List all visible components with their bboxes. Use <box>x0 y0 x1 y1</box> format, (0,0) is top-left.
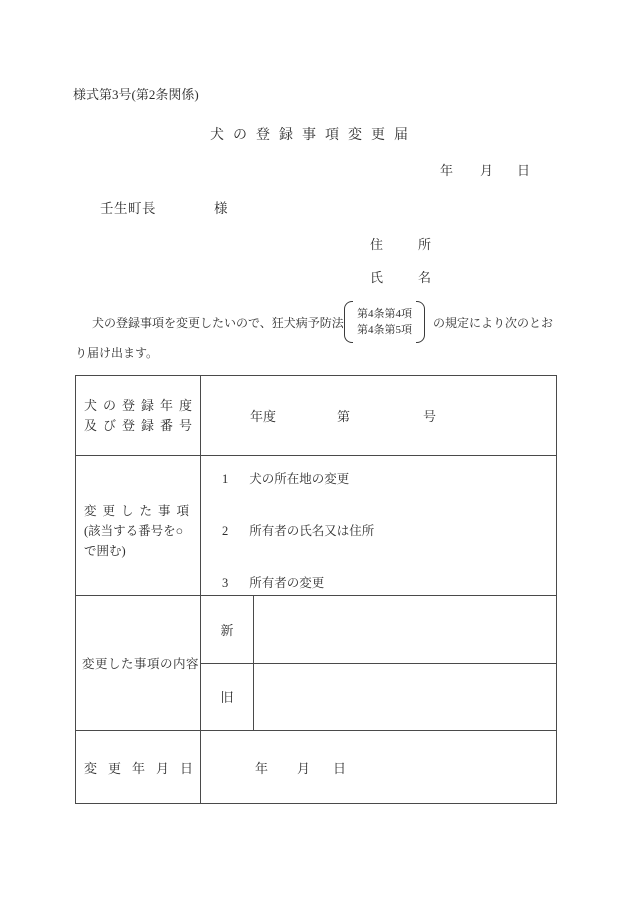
month-label: 月 <box>480 163 493 178</box>
item-number: 3 <box>222 576 228 590</box>
bracket-close-icon <box>416 301 425 343</box>
old-label-cell: 旧 <box>201 664 254 731</box>
item-text: 所有者の変更 <box>249 576 324 590</box>
form-number: 様式第3号(第2条関係) <box>73 84 199 103</box>
change-details-label-cell: 変更した事項の内容 <box>76 596 201 730</box>
paragraph-line1: 犬の登録事項を変更したいので、狂犬病予防法 <box>92 315 344 331</box>
item-text: 所有者の氏名又は住所 <box>249 524 374 538</box>
change-details-label: 変更した事項の内容 <box>82 654 199 672</box>
name-label: 氏名 <box>370 267 466 286</box>
number-prefix-label: 第 <box>337 406 350 425</box>
item-number: 1 <box>222 472 228 486</box>
number-suffix-label: 号 <box>423 406 436 425</box>
old-value-row: 旧 <box>201 664 556 731</box>
changed-items-label-line2: (該当する番号を○ <box>84 521 200 541</box>
new-label-cell: 新 <box>201 596 254 663</box>
document-page: 様式第3号(第2条関係) 犬の登録事項変更届 年月日 壬生町長様 住所 氏名 犬… <box>0 0 630 915</box>
addressee-name: 壬生町長 <box>100 201 156 216</box>
changed-items-label-cell: 変更した事項 (該当する番号を○ で囲む) <box>76 456 201 595</box>
changed-items-value-cell: 1犬の所在地の変更 2所有者の氏名又は住所 3所有者の変更 <box>201 456 556 595</box>
item-text: 犬の所在地の変更 <box>249 472 349 486</box>
registration-label-line1: 犬の登録年度 <box>84 396 200 416</box>
item-number: 2 <box>222 524 228 538</box>
new-content-cell <box>254 596 556 663</box>
change-date-label: 変更年月日 <box>84 758 204 777</box>
change-date-month-label: 月 <box>297 758 310 777</box>
change-date-day-label: 日 <box>333 758 346 777</box>
addressee-line: 壬生町長様 <box>100 197 228 217</box>
address-label: 住所 <box>370 234 466 253</box>
law-article-2: 第4条第5項 <box>357 322 412 338</box>
fiscal-year-label: 年度 <box>250 406 276 425</box>
registration-label-line2: 及び登録番号 <box>84 416 200 436</box>
day-label: 日 <box>517 163 530 178</box>
changed-item-1: 1犬の所在地の変更 <box>222 471 556 487</box>
change-details-value-area: 新 旧 <box>201 596 556 730</box>
change-date-row: 変更年月日 年 月 日 <box>76 731 556 803</box>
form-title: 犬の登録事項変更届 <box>210 124 417 144</box>
registration-change-table: 犬の登録年度 及び登録番号 年度 第 号 変更した事項 (該当する番号を○ で囲… <box>75 375 557 804</box>
law-article-1: 第4条第4項 <box>357 306 412 322</box>
registration-number-row: 犬の登録年度 及び登録番号 年度 第 号 <box>76 376 556 456</box>
old-content-cell <box>254 664 556 731</box>
paragraph-line1-after: の規定により次のとお <box>433 315 553 331</box>
change-details-row: 変更した事項の内容 新 旧 <box>76 596 556 731</box>
date-line: 年月日 <box>440 160 530 179</box>
registration-value-cell: 年度 第 号 <box>201 376 556 455</box>
change-date-year-label: 年 <box>255 758 268 777</box>
bracket-open-icon <box>344 301 353 343</box>
honorific-label: 様 <box>214 201 228 216</box>
change-date-value-cell: 年 月 日 <box>201 731 556 803</box>
changed-item-3: 3所有者の変更 <box>222 575 556 591</box>
changed-items-label-line3: で囲む) <box>84 541 200 561</box>
change-date-label-cell: 変更年月日 <box>76 731 201 803</box>
registration-label-cell: 犬の登録年度 及び登録番号 <box>76 376 201 455</box>
year-label: 年 <box>440 163 453 178</box>
changed-item-2: 2所有者の氏名又は住所 <box>222 523 556 539</box>
law-reference-bracket: 第4条第4項 第4条第5項 <box>344 301 425 343</box>
new-value-row: 新 <box>201 596 556 664</box>
law-article-stack: 第4条第4項 第4条第5項 <box>353 301 416 343</box>
paragraph-line2: り届け出ます。 <box>75 345 158 361</box>
changed-items-label-line1: 変更した事項 <box>84 501 200 521</box>
changed-items-row: 変更した事項 (該当する番号を○ で囲む) 1犬の所在地の変更 2所有者の氏名又… <box>76 456 556 596</box>
